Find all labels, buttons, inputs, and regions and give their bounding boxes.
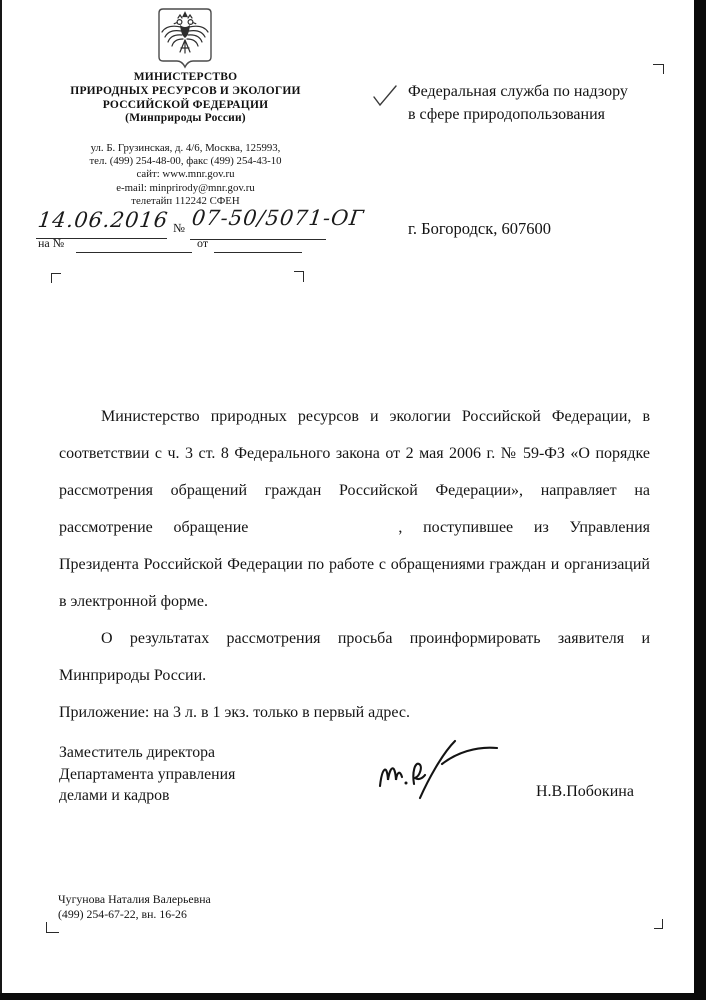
number-underline: [190, 239, 326, 240]
ministry-name: МИНИСТЕРСТВО ПРИРОДНЫХ РЕСУРСОВ И ЭКОЛОГ…: [28, 71, 343, 126]
executor-name: Чугунова Наталия Валерьевна: [58, 892, 211, 907]
ministry-name-line: РОССИЙСКОЙ ФЕДЕРАЦИИ: [28, 99, 343, 113]
outgoing-date-handwritten: 14.06.2016: [37, 208, 170, 232]
address-line: тел. (499) 254-48-00, факс (499) 254-43-…: [28, 155, 343, 168]
scan-edge-right: [694, 0, 706, 1000]
ministry-name-line: ПРИРОДНЫХ РЕСУРСОВ И ЭКОЛОГИИ: [28, 85, 343, 99]
signer-position-line: делами и кадров: [59, 785, 235, 807]
corner-mark-bottom-left: [46, 922, 59, 933]
recipient-name-line: Федеральная служба по надзору: [408, 81, 648, 104]
scanned-letter-page: МИНИСТЕРСТВО ПРИРОДНЫХ РЕСУРСОВ И ЭКОЛОГ…: [0, 0, 706, 1000]
attachment-line: Приложение: на 3 л. в 1 экз. только в пе…: [59, 694, 650, 731]
signer-position-line: Департамента управления: [59, 764, 235, 786]
scan-edge-bottom: [0, 993, 706, 1000]
number-sign-label: №: [173, 221, 185, 236]
reply-reference-label: на №: [38, 236, 64, 251]
corner-mark-top-left: [51, 273, 61, 283]
reply-date-label: от: [197, 236, 208, 251]
ministry-name-line: МИНИСТЕРСТВО: [28, 71, 343, 85]
corner-mark-ref-right: [294, 271, 304, 282]
recipient-name: Федеральная служба по надзору в сфере пр…: [408, 81, 648, 126]
signer-position-line: Заместитель директора: [59, 742, 235, 764]
corner-mark-top-right: [653, 64, 664, 74]
body-paragraph-2: О результатах рассмотрения просьба проин…: [59, 620, 650, 694]
reply-reference-underline: [76, 252, 192, 253]
paragraph-text: Министерство природных ресурсов и эколог…: [59, 408, 650, 536]
signer-position: Заместитель директора Департамента управ…: [59, 742, 235, 807]
outgoing-number-handwritten: 07-50/5071-ОГ: [191, 206, 366, 230]
executor-contact: Чугунова Наталия Валерьевна (499) 254-67…: [58, 892, 211, 921]
coat-of-arms-icon: [153, 7, 217, 73]
recipient-name-line: в сфере природопользования: [408, 104, 648, 127]
letter-body: Министерство природных ресурсов и эколог…: [59, 398, 650, 731]
checkmark-icon: [372, 84, 398, 108]
address-line: сайт: www.mnr.gov.ru: [28, 168, 343, 181]
executor-phone: (499) 254-67-22, вн. 16-26: [58, 907, 211, 922]
address-line: ул. Б. Грузинская, д. 4/6, Москва, 12599…: [28, 142, 343, 155]
scan-edge-left: [0, 0, 2, 1000]
reply-date-underline: [214, 252, 302, 253]
body-paragraph-1: Министерство природных ресурсов и эколог…: [59, 398, 650, 620]
corner-mark-bottom-right: [654, 919, 663, 929]
recipient-city: г. Богородск, 607600: [408, 219, 551, 239]
letterhead-address: ул. Б. Грузинская, д. 4/6, Москва, 12599…: [28, 142, 343, 208]
signer-name: Н.В.Побокина: [536, 783, 634, 801]
ministry-name-line: (Минприроды России): [28, 112, 343, 126]
handwritten-signature: [372, 736, 502, 800]
address-line: e-mail: minprirody@mnr.gov.ru: [28, 182, 343, 195]
